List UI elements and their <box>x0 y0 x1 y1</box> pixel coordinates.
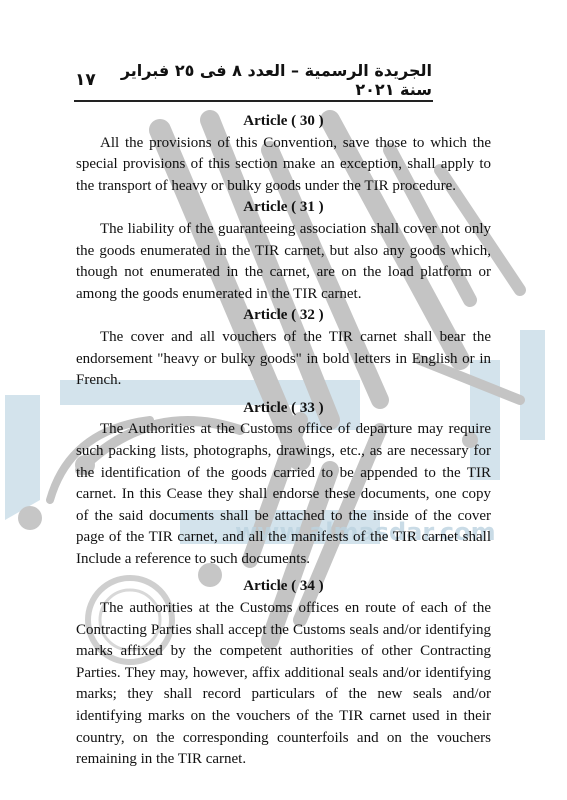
article-text: All the provisions of this Convention, s… <box>76 133 491 198</box>
article-34: Article ( 34 ) The authorities at the Cu… <box>76 576 491 770</box>
document-body: Article ( 30 ) All the provisions of thi… <box>76 111 491 771</box>
publication-title: الجريدة الرسمية – العدد ٨ فى ٢٥ فبراير س… <box>96 61 432 99</box>
article-title: Article ( 30 ) <box>76 111 491 133</box>
article-title: Article ( 34 ) <box>76 576 491 598</box>
page-header: ١٧ الجريدة الرسمية – العدد ٨ فى ٢٥ فبراي… <box>75 65 432 95</box>
article-30: Article ( 30 ) All the provisions of thi… <box>76 111 491 197</box>
article-32: Article ( 32 ) The cover and all voucher… <box>76 305 491 391</box>
article-31: Article ( 31 ) The liability of the guar… <box>76 197 491 305</box>
article-text: The liability of the guaranteeing associ… <box>76 219 491 305</box>
article-text: The Authorities at the Customs office of… <box>76 419 491 570</box>
article-title: Article ( 31 ) <box>76 197 491 219</box>
header-divider <box>74 100 433 102</box>
article-text: The authorities at the Customs offices e… <box>76 598 491 771</box>
article-33: Article ( 33 ) The Authorities at the Cu… <box>76 398 491 571</box>
page-number: ١٧ <box>75 70 96 90</box>
article-title: Article ( 33 ) <box>76 398 491 420</box>
article-title: Article ( 32 ) <box>76 305 491 327</box>
article-text: The cover and all vouchers of the TIR ca… <box>76 327 491 392</box>
